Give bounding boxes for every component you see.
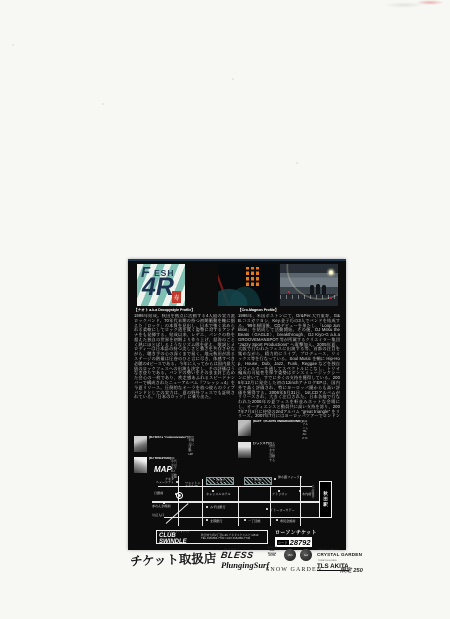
lawson-code-box: コード 28792: [275, 537, 312, 547]
dj-name: [シュンスケ]: [253, 442, 269, 445]
map-label-forus: 仲小路フォーラス: [278, 476, 303, 479]
lawson-code-label: コード: [277, 540, 289, 545]
crystal-garden-caption: SELECT SHOP: [318, 549, 339, 551]
band-street-photo: [280, 264, 338, 306]
map-label-hokuto: 北都銀行: [210, 520, 222, 523]
bless-logo: BLESS: [220, 550, 254, 560]
dj-name: [DJ SOU a “commoncaster”]: [149, 436, 188, 439]
dj-bio: 秋田を拠点に活動。HIPHOPから幅広く選曲し、クラブイベントやラジオ番組 “F…: [188, 436, 194, 455]
dj-profile-row: [DJ SOU a “commoncaster”] 秋田を拠点に活動。HIPHO…: [134, 436, 235, 455]
snow-garden-logo: SNOW GARDEN: [266, 567, 322, 573]
map-dot: [206, 519, 208, 521]
map-label-itchome: 一丁目橋: [248, 520, 260, 523]
map-road: [178, 476, 179, 526]
dj-profile-row: [シュンスケ] 地元秋田を中心に活動するDJ。HOUSE/BREAKBEATSを…: [238, 442, 340, 462]
lawson-ticket-block: ローソンチケット コード 28792: [275, 529, 333, 547]
left-profile-header: 【ナオト a.k.a Droopystyle Profile】: [134, 309, 235, 313]
dj-profile-row: [DJ TOSHIYUKI] 90年代半ばよりDJ活動を開始。Soul/Funk…: [134, 457, 235, 478]
akita-station-box: 秋田駅: [319, 481, 332, 518]
circle-logo-1-text: 15th: [287, 554, 292, 557]
map-dot: [244, 519, 246, 521]
person-silhouette: [310, 285, 314, 295]
circle-logo-2: hair: [300, 549, 312, 561]
map-road: [158, 486, 312, 487]
plunging-surf-logo: PlungingSurf: [221, 560, 269, 570]
paper-speck: [232, 78, 234, 80]
venue-tel: TEL.018-866-7700 / FAX.018-866-7740: [201, 537, 267, 540]
dj-bio: 2ndアルバム “BLACK NOTE” を発表したトラックメイカー。全国各地の…: [302, 420, 308, 440]
tls-akita-caption: TICKET & GOODS: [318, 560, 337, 562]
dj-profile-row: [DAFT（PLANTS UNDERGROUND）] 2ndアルバム “BLAC…: [238, 420, 340, 440]
map-label-kenmin: 県民会館前: [280, 520, 295, 523]
paper-speck: [296, 162, 298, 164]
red-light: [288, 291, 290, 293]
venue-contact-block: 秋田市大町2丁目1-33 アキタエクセルビルB1F TEL.018-866-77…: [201, 534, 267, 541]
akita-station-label: 秋田駅: [323, 491, 329, 508]
map-label-akarenga: 赤れんが館前: [152, 505, 171, 508]
map-arcade-block: 仲小路: [244, 477, 272, 485]
left-profile-text: 1996年結成。秋田を拠点に活動する4人組の実力派ロックバンド。70年代末期の持…: [134, 314, 235, 434]
orange-grid-artwork: [246, 267, 261, 286]
map-label-nichigin: 日銀前: [154, 492, 163, 495]
map-road: [270, 486, 271, 526]
scanned-flyer-page: { "flyer": { "album": { "f": "F", "esh":…: [0, 0, 450, 619]
map-arcade-label: 仲小路: [253, 480, 262, 483]
ink-smudge-gray: [384, 2, 424, 8]
map-arcade-label: 大町通り: [214, 480, 226, 483]
album-cover-dark-abstract: [218, 264, 278, 306]
stamp-logo: Foaming 25G Groove AKITA: [267, 547, 277, 558]
red-light: [330, 297, 332, 299]
map-arcade-block: 大町通り: [206, 477, 234, 485]
paper-speck: [102, 103, 104, 105]
map-label-castle-hotel: キャッスルホテル: [206, 493, 231, 496]
circle-logo-1: 15th: [284, 549, 296, 561]
circle-logo-2-text: hair: [304, 554, 308, 557]
limited-price-note: 限定 250: [340, 565, 363, 574]
map-label-washington-hotel: ワシントン ホテル40: [185, 482, 200, 488]
dj-photo: [134, 457, 147, 473]
map-dot: [274, 478, 276, 480]
map-dot: [206, 506, 208, 508]
map-dot: [276, 519, 278, 521]
map-dot: [266, 508, 268, 510]
right-profile-header: 【Cro-Magnon Profile】: [238, 309, 340, 313]
map-label-hirokoji: 広小路通り: [311, 485, 315, 499]
dj-profile-text: [DAFT（PLANTS UNDERGROUND）] 2ndアルバム “BLAC…: [253, 420, 302, 440]
venue-info-box: アキタミュージックラウンジ CLUB SWINDLE 秋田市大町2丁目1-33 …: [156, 530, 268, 544]
map-title: MAP: [154, 465, 172, 474]
person-silhouette: [316, 284, 320, 294]
venue-map: 大町通り 仲小路 アキタ ニューシティ 仲小路フォーラス ワシントン ホテル40…: [152, 476, 336, 528]
map-label-kawabata: 川反入口: [152, 514, 164, 517]
person-silhouette: [322, 285, 326, 295]
dj-photo: [134, 436, 147, 452]
band-live-photo: [187, 264, 216, 306]
red-seal-stamp: 寿: [172, 291, 181, 303]
venue-name: CLUB SWINDLE: [159, 533, 201, 545]
lawson-ticket-brand: ローソンチケット: [275, 529, 333, 536]
event-flyer: F ESH 4R 寿 【ナオト a.k.a Droopystyle Profil…: [128, 259, 346, 550]
map-label-mizuho: みずほ銀行: [210, 506, 225, 509]
dj-profile-text: [シュンスケ] 地元秋田を中心に活動するDJ。HOUSE/BREAKBEATSを…: [253, 442, 269, 462]
album-cover-fresh-4r: F ESH 4R 寿: [137, 264, 185, 306]
dj-bio: 地元秋田を中心に活動するDJ。HOUSE/BREAKBEATSを中心とした現場主…: [269, 442, 275, 462]
ticket-outlets-heading: チケット取扱店: [130, 548, 217, 569]
crystal-garden-logo: CRYSTAL GARDEN: [317, 552, 362, 557]
paper-speck: [12, 44, 14, 46]
map-road: [202, 479, 203, 526]
map-road: [300, 476, 301, 526]
dj-name: [DAFT（PLANTS UNDERGROUND）]: [253, 420, 302, 423]
venue-name-block: アキタミュージックラウンジ CLUB SWINDLE: [157, 529, 201, 545]
map-road: [238, 486, 239, 526]
right-profile-text: 1996年、米国ボストンにて、Dr&Per.大竹重寿、G&B.コスガツヨシ、Ke…: [238, 314, 340, 418]
dj-profile-text: [DJ SOU a “commoncaster”] 秋田を拠点に活動。HIPHO…: [149, 436, 188, 455]
venue-location-marker: [176, 492, 183, 499]
map-label-new-city: アキタ ニューシティ: [152, 478, 174, 484]
dj-photo: [238, 420, 251, 436]
map-label-atorion: アトリオン: [272, 493, 287, 496]
dj-photo: [238, 442, 251, 458]
map-label-itoyokado: イトーヨーカドー: [270, 509, 295, 512]
dj-name: [DJ TOSHIYUKI]: [149, 457, 171, 460]
map-label-kinai: 木内前: [302, 493, 311, 496]
album-title-4r: 4R: [142, 273, 174, 302]
lawson-code-number: 28792: [290, 538, 311, 547]
